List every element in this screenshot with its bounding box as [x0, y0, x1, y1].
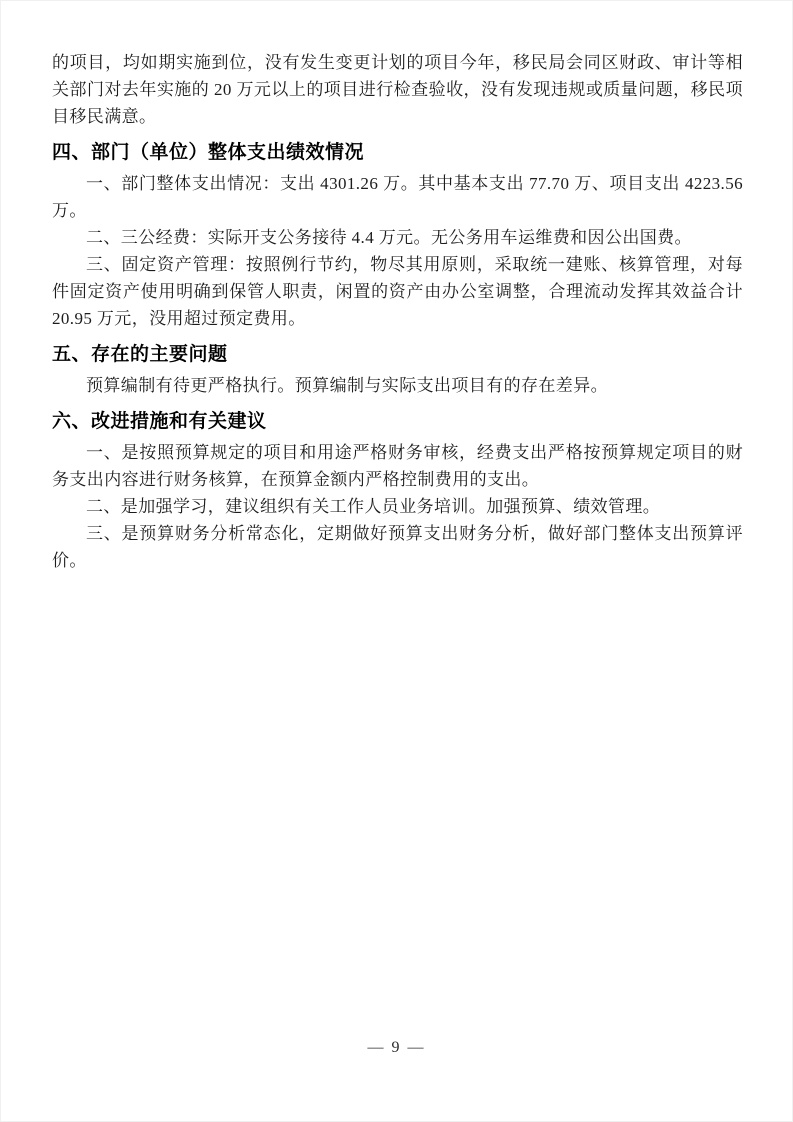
- paragraph-overall-expenditure: 一、部门整体支出情况：支出 4301.26 万。其中基本支出 77.70 万、项…: [52, 170, 743, 224]
- paragraph-problems: 预算编制有待更严格执行。预算编制与实际支出项目有的存在差异。: [52, 372, 743, 399]
- section-heading-improvements: 六、改进措施和有关建议: [52, 407, 743, 437]
- section-heading-performance: 四、部门（单位）整体支出绩效情况: [52, 138, 743, 168]
- section-heading-problems: 五、存在的主要问题: [52, 340, 743, 370]
- document-content: 的项目，均如期实施到位，没有发生变更计划的项目今年，移民局会同区财政、审计等相关…: [52, 49, 743, 574]
- paragraph-fixed-assets: 三、固定资产管理：按照例行节约，物尽其用原则，采取统一建账、核算管理，对每件固定…: [52, 251, 743, 332]
- paragraph-improvement-2: 二、是加强学习，建议组织有关工作人员业务培训。加强预算、绩效管理。: [52, 493, 743, 520]
- intro-paragraph: 的项目，均如期实施到位，没有发生变更计划的项目今年，移民局会同区财政、审计等相关…: [52, 49, 743, 130]
- paragraph-improvement-1: 一、是按照预算规定的项目和用途严格财务审核，经费支出严格按预算规定项目的财务支出…: [52, 439, 743, 493]
- paragraph-improvement-3: 三、是预算财务分析常态化，定期做好预算支出财务分析，做好部门整体支出预算评价。: [52, 520, 743, 574]
- page-number: — 9 —: [1, 1039, 792, 1057]
- document-page: 的项目，均如期实施到位，没有发生变更计划的项目今年，移民局会同区财政、审计等相关…: [0, 0, 793, 1122]
- paragraph-three-public-funds: 二、三公经费：实际开支公务接待 4.4 万元。无公务用车运维费和因公出国费。: [52, 224, 743, 251]
